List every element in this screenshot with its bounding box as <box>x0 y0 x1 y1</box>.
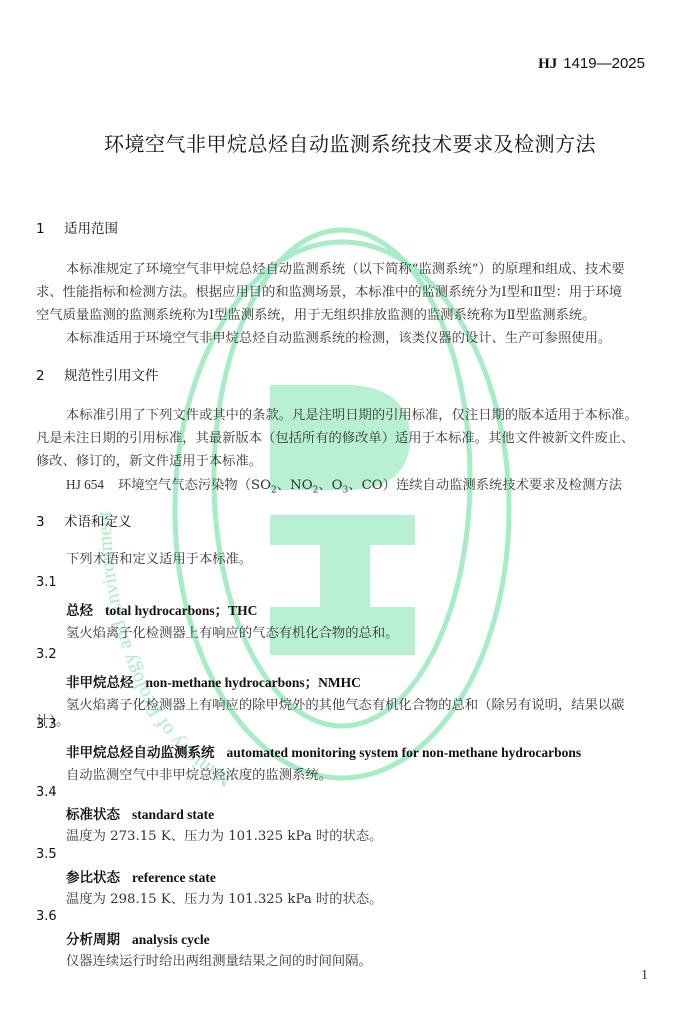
clause-3-2: 3.2 <box>36 647 57 662</box>
watermark-t-bar <box>270 515 415 545</box>
section-2-para-line-3: 修改、修订的，新文件适用于本标准。 <box>36 450 262 473</box>
definition-3-2-line-1: 氢火焰离子化检测器上有响应的除甲烷外的其他气态有机化合物的总和（除另有说明，结果… <box>66 694 624 713</box>
section-1-para-1-line-3: 空气质量监测的监测系统称为Ⅰ型监测系统，用于无组织排放监测的监测系统称为Ⅱ型监测… <box>36 304 595 327</box>
section-3-intro: 下列术语和定义适用于本标准。 <box>66 548 252 571</box>
section-3-heading: 3术语和定义 <box>36 510 132 530</box>
reference-code: HJ 654 <box>66 477 104 492</box>
definition-3-5: 温度为 298.15 K、压力为 101.325 kPa 时的状态。 <box>66 888 382 907</box>
clause-3-6: 3.6 <box>36 909 57 924</box>
clause-3-1: 3.1 <box>36 575 57 590</box>
term-3-5: 参比状态reference state <box>66 866 216 886</box>
section-1-heading: 1适用范围 <box>36 217 118 237</box>
section-1-para-2: 本标准适用于环境空气非甲烷总烃自动监测系统的检测，该类仪器的设计、生产可参照使用… <box>66 327 611 350</box>
section-1-para-1-line-1: 本标准规定了环境空气非甲烷总烃自动监测系统（以下简称“监测系统”）的原理和组成、… <box>66 258 625 281</box>
reference-hj654: HJ 654环境空气气态污染物（SO2、NO2、O3、CO）连续自动监测系统技术… <box>66 473 622 503</box>
definition-3-6: 仪器连续运行时给出两组测量结果之间的时间间隔。 <box>66 950 372 969</box>
watermark-t-stem <box>320 545 370 615</box>
clause-3-4: 3.4 <box>36 785 57 800</box>
section-2-para-line-2: 凡是未注日期的引用标准，其最新版本（包括所有的修改单）适用于本标准。其他文件被新… <box>36 427 634 450</box>
page-number: 1 <box>641 968 648 984</box>
section-2-heading: 2规范性引用文件 <box>36 364 159 384</box>
term-3-6: 分析周期analysis cycle <box>66 928 210 948</box>
document-title: 环境空气非甲烷总烃自动监测系统技术要求及检测方法 <box>0 128 700 157</box>
term-3-3: 非甲烷总烃自动监测系统automated monitoring system f… <box>66 741 581 761</box>
definition-3-3: 自动监测空气中非甲烷总烃浓度的监测系统。 <box>66 764 332 783</box>
section-1-para-1-line-2: 求、性能指标和检测方法。根据应用目的和监测场景，本标准中的监测系统分为Ⅰ型和Ⅱ型… <box>36 281 622 304</box>
term-3-2: 非甲烷总烃non-methane hydrocarbons；NMHC <box>66 671 361 691</box>
section-2-para-line-1: 本标准引用了下列文件或其中的条款。凡是注明日期的引用标准，仅注日期的版本适用于本… <box>66 404 638 427</box>
term-3-4: 标准状态standard state <box>66 803 214 823</box>
term-3-1: 总烃total hydrocarbons；THC <box>66 599 257 619</box>
clause-3-3: 3.3 <box>36 717 57 732</box>
clause-3-5: 3.5 <box>36 847 57 862</box>
standard-number: HJ1419—2025 <box>538 55 645 73</box>
definition-3-1: 氢火焰离子化检测器上有响应的气态有机化合物的总和。 <box>66 622 398 641</box>
definition-3-4: 温度为 273.15 K、压力为 101.325 kPa 时的状态。 <box>66 825 382 844</box>
